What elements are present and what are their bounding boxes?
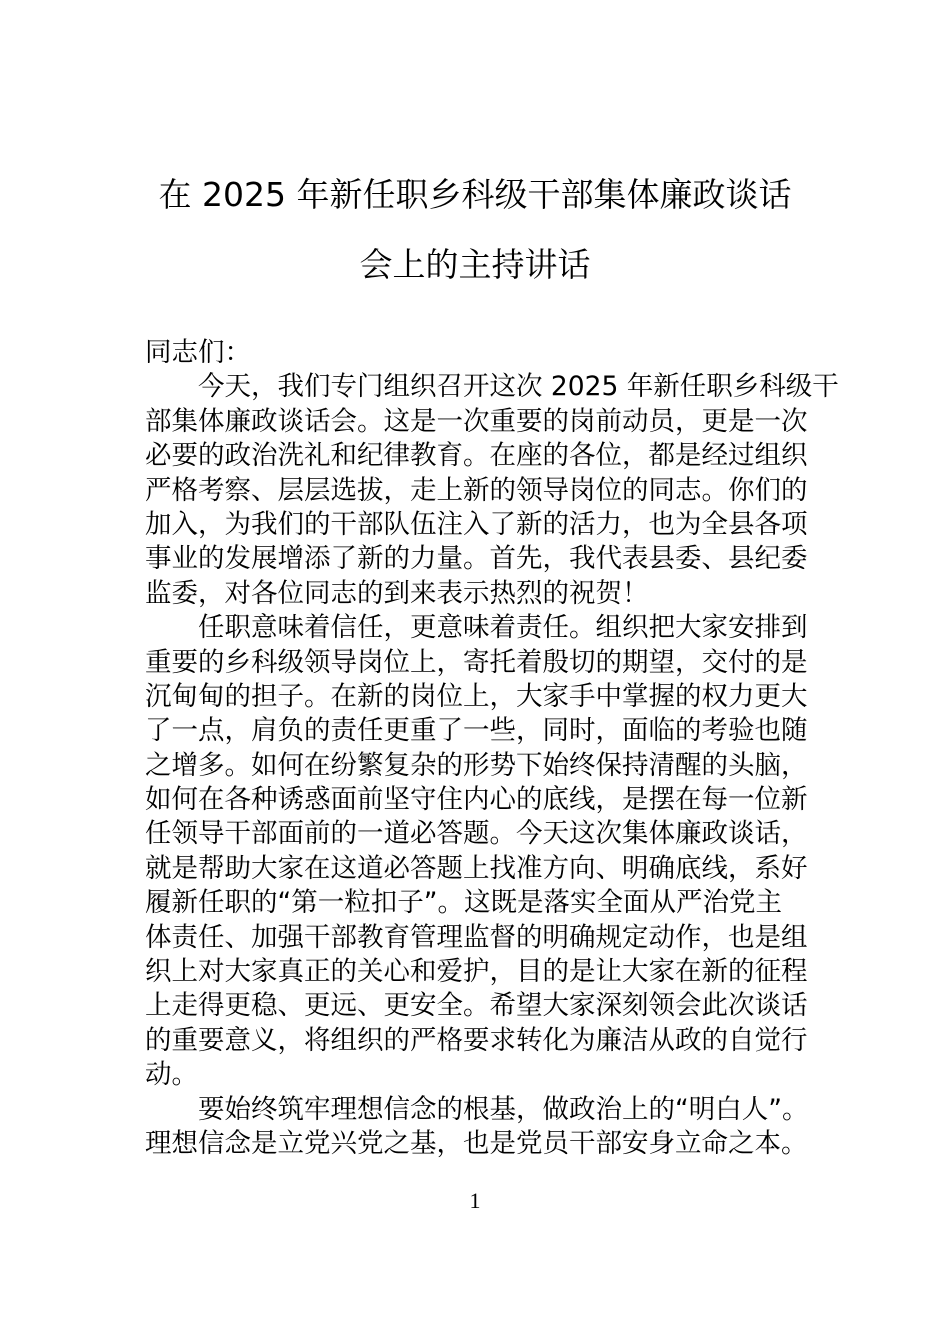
document-page: 在 2025 年新任职乡科级干部集体廉政谈话 会上的主持讲话 同志们： 今天，我… <box>0 0 950 1344</box>
body-lines: 今天，我们专门组织召开这次 2025 年新任职乡科级干部集体廉政谈话会。这是一次… <box>145 370 807 1161</box>
body-line: 了一点，肩负的责任更重了一些，同时，面临的考验也随 <box>145 714 807 748</box>
body-line: 严格考察、层层选拔，走上新的领导岗位的同志。你们的 <box>145 474 807 508</box>
body-line: 织上对大家真正的关心和爱护，目的是让大家在新的征程 <box>145 955 807 989</box>
body-line: 监委，对各位同志的到来表示热烈的祝贺！ <box>145 577 807 611</box>
body-line: 理想信念是立党兴党之基，也是党员干部安身立命之本。 <box>145 1127 807 1161</box>
body-line: 之增多。如何在纷繁复杂的形势下始终保持清醒的头脑， <box>145 749 807 783</box>
body-line: 任领导干部面前的一道必答题。今天这次集体廉政谈话， <box>145 817 807 851</box>
body-line: 今天，我们专门组织召开这次 2025 年新任职乡科级干 <box>145 370 807 404</box>
salutation: 同志们： <box>145 336 807 370</box>
body-line: 体责任、加强干部教育管理监督的明确规定动作，也是组 <box>145 921 807 955</box>
body-line: 加入，为我们的干部队伍注入了新的活力，也为全县各项 <box>145 508 807 542</box>
body-line: 要始终筑牢理想信念的根基，做政治上的“明白人”。 <box>145 1093 807 1127</box>
body-line: 就是帮助大家在这道必答题上找准方向、明确底线，系好 <box>145 852 807 886</box>
title-line-1: 在 2025 年新任职乡科级干部集体廉政谈话 <box>145 160 805 230</box>
body-line: 沉甸甸的担子。在新的岗位上，大家手中掌握的权力更大 <box>145 680 807 714</box>
body-line: 部集体廉政谈话会。这是一次重要的岗前动员，更是一次 <box>145 405 807 439</box>
body-line: 如何在各种诱惑面前坚守住内心的底线，是摆在每一位新 <box>145 783 807 817</box>
body-line: 重要的乡科级领导岗位上，寄托着殷切的期望，交付的是 <box>145 646 807 680</box>
document-title: 在 2025 年新任职乡科级干部集体廉政谈话 会上的主持讲话 <box>145 160 805 300</box>
title-line-2: 会上的主持讲话 <box>145 230 805 300</box>
body-line: 动。 <box>145 1058 807 1092</box>
page-number: 1 <box>0 1188 950 1214</box>
body-line: 事业的发展增添了新的力量。首先，我代表县委、县纪委 <box>145 542 807 576</box>
body-line: 必要的政治洗礼和纪律教育。在座的各位，都是经过组织 <box>145 439 807 473</box>
body-line: 的重要意义，将组织的严格要求转化为廉洁从政的自觉行 <box>145 1024 807 1058</box>
body-line: 履新任职的“第一粒扣子”。这既是落实全面从严治党主 <box>145 886 807 920</box>
body-line: 任职意味着信任，更意味着责任。组织把大家安排到 <box>145 611 807 645</box>
document-body: 同志们： 今天，我们专门组织召开这次 2025 年新任职乡科级干部集体廉政谈话会… <box>145 336 807 1161</box>
body-line: 上走得更稳、更远、更安全。希望大家深刻领会此次谈话 <box>145 989 807 1023</box>
